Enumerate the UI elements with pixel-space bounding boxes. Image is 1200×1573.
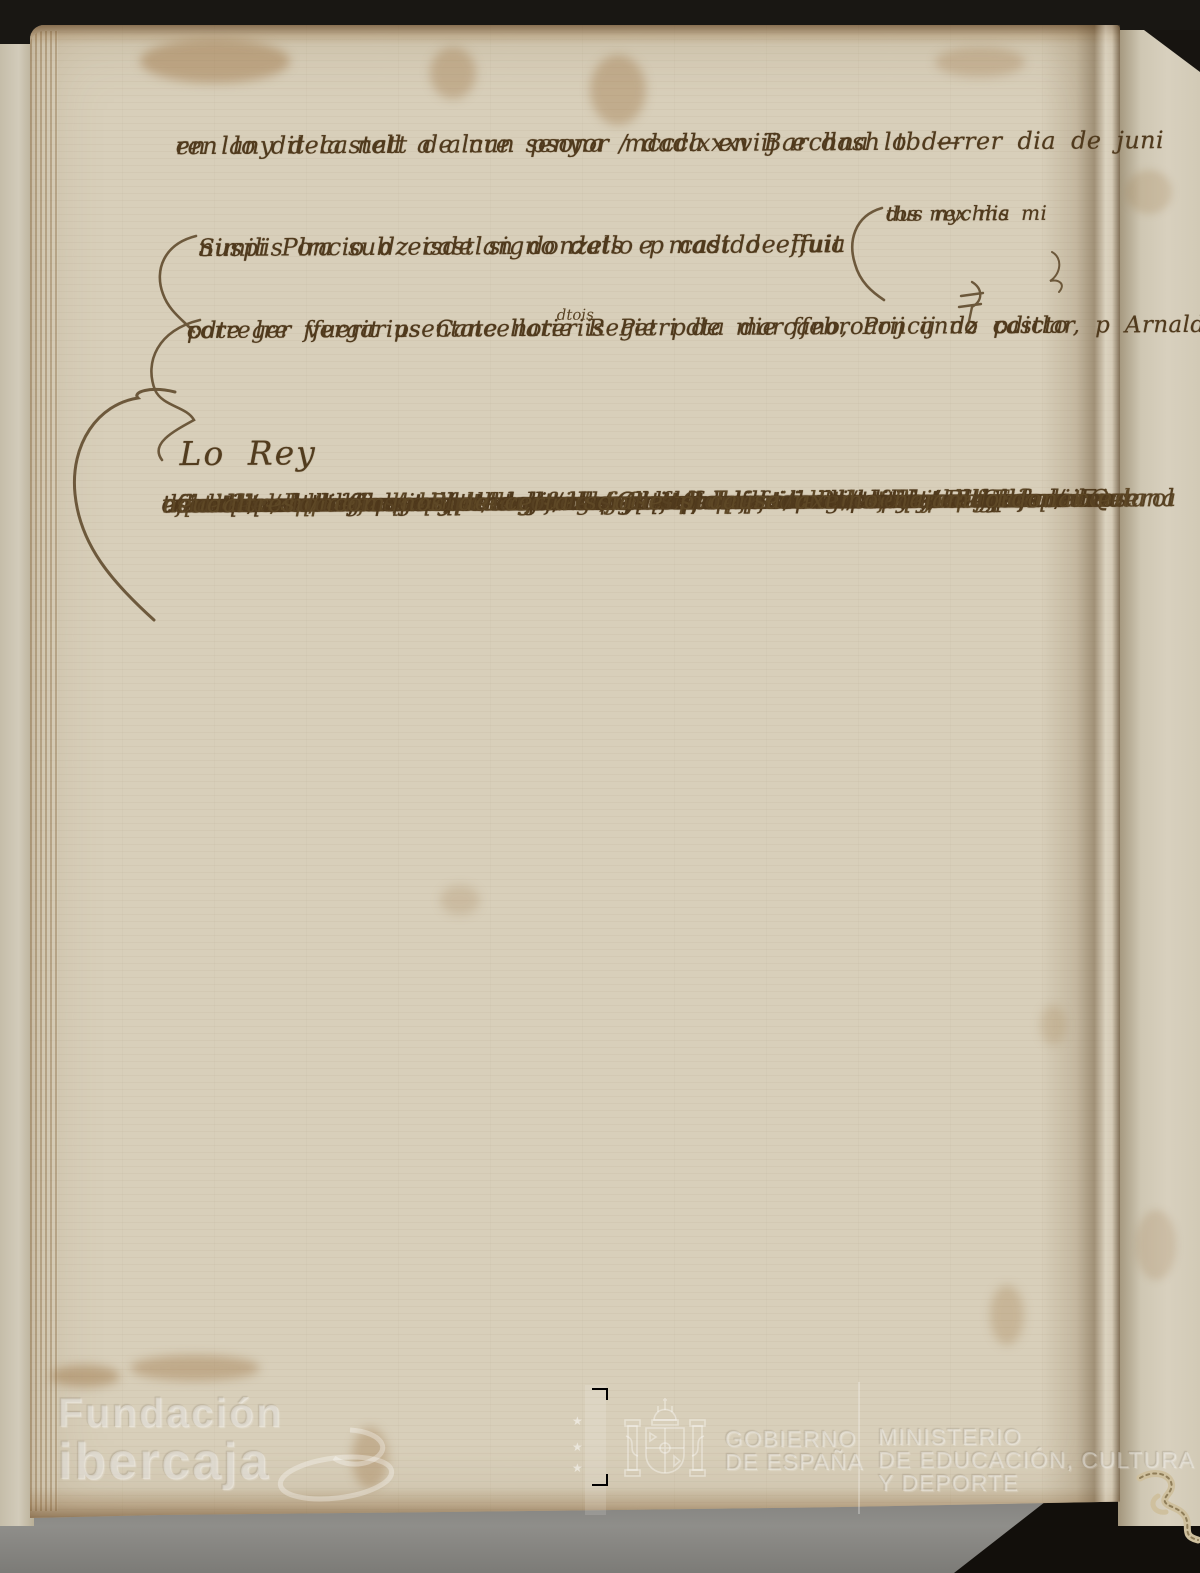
ibercaja-swirl-logo	[272, 1422, 404, 1506]
eu-frame-corner	[592, 1474, 608, 1486]
eu-frame-corner	[592, 1388, 608, 1400]
eu-star-icon: ★	[572, 1414, 583, 1428]
manuscript-photograph: ren lo dit castell a alcun psona / dada …	[0, 0, 1200, 1573]
spain-coat-of-arms	[622, 1396, 708, 1496]
eu-star-icon: ★	[572, 1461, 583, 1475]
ministerio-line1: MINISTERIO	[878, 1426, 1195, 1449]
bracket-flourish	[160, 236, 196, 332]
large-c-flourish	[74, 390, 175, 620]
binding-cord	[1128, 1462, 1200, 1552]
pen-flourishes	[0, 0, 1200, 1573]
eu-star-icon: ★	[572, 1440, 583, 1454]
gobierno-line2: DE ESPAÑA	[725, 1451, 864, 1474]
pillar-of-hercules	[690, 1420, 705, 1476]
gobierno-watermark: GOBIERNO DE ESPAÑA	[725, 1428, 864, 1474]
paraph-mark	[959, 282, 983, 326]
pillar-of-hercules	[625, 1420, 640, 1476]
margin-bracket-flourish	[852, 208, 884, 300]
watermark-divider	[858, 1382, 860, 1514]
margin-tail-flourish	[1050, 252, 1062, 292]
ibercaja-watermark-line1: Fundación	[58, 1390, 283, 1437]
gobierno-line1: GOBIERNO	[725, 1428, 864, 1451]
ibercaja-watermark-line2: ibercaja	[58, 1432, 271, 1492]
eu-flag-fragment	[585, 1385, 606, 1515]
